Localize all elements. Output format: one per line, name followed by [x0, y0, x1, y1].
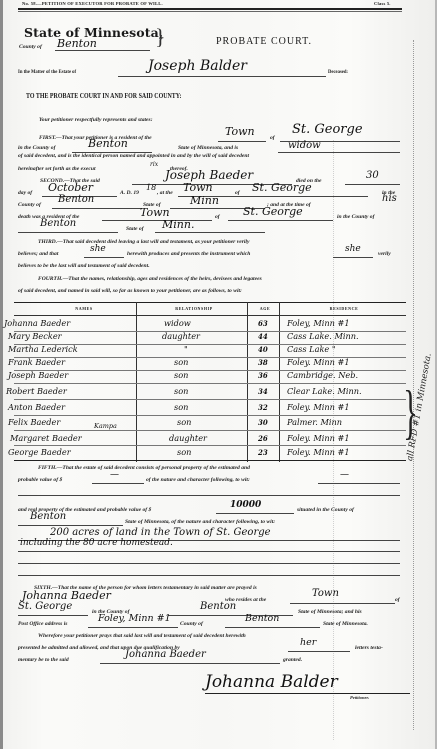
petitioner-label: Petitioner. [350, 695, 369, 700]
second-pronoun: his [382, 193, 397, 204]
county-label: County of [19, 44, 42, 50]
decedent-name: Joseph Balder [148, 58, 247, 74]
heir-name: Martha Lederick [8, 344, 78, 354]
heir-age: 26 [258, 434, 268, 443]
second-res-county: Benton [40, 218, 76, 229]
second-town-name: St. George [252, 181, 312, 194]
heir-relationship: son [174, 402, 188, 412]
third-pronoun-1: she [90, 244, 106, 254]
heir-residence: Cambridge. Neb. [287, 370, 358, 380]
header-rule [18, 8, 402, 10]
heir-name: George Baeder [8, 447, 71, 457]
col-divider-2 [247, 302, 248, 462]
brace: } [155, 24, 166, 50]
heir-name: Margaret Baeder [10, 433, 82, 443]
county-value: Benton [57, 37, 97, 50]
heir-relationship: widow [164, 318, 191, 328]
first-status: widow [288, 140, 321, 151]
fifth-real-value: 10000 [230, 500, 261, 510]
second-name: Joseph Baeder [165, 168, 253, 182]
table-bottom-rule [14, 460, 406, 461]
second-day-line [345, 184, 400, 185]
matter-label: In the Matter of the Estate of [18, 69, 76, 75]
col-age: AGE [252, 306, 278, 311]
second-month: October [48, 181, 93, 194]
second-res-town: St. George [243, 205, 303, 218]
first-text-5: hereinafter set forth as the execut [18, 166, 96, 172]
heir-residence: Palmer. Minn [287, 417, 342, 427]
third-pronoun-1-line [84, 257, 124, 258]
sixth-of: of [395, 597, 400, 603]
sixth-town: St. George [18, 601, 72, 612]
second-day: 30 [366, 170, 379, 181]
heir-name: Felix Baeder [8, 417, 60, 427]
third-verily: verily [378, 251, 391, 257]
sixth-county: Benton [200, 601, 236, 612]
sixth-town-line [18, 615, 88, 616]
heir-age: 30 [258, 418, 268, 427]
fifth-blank-line-3 [18, 575, 400, 576]
second-res-town-line [228, 220, 333, 221]
fifth-text-3: of the nature and character following, t… [146, 477, 250, 483]
prayer-pronoun: her [300, 637, 316, 648]
sixth-res-type: Town [312, 588, 339, 599]
heir-age: 36 [258, 371, 268, 380]
col-relationship: RELATIONSHIP [154, 306, 234, 311]
fifth-personal-desc-line [318, 483, 400, 484]
heir-relationship: son [174, 386, 188, 396]
heir-age: 23 [258, 448, 268, 457]
first-county: Benton [88, 137, 128, 150]
sixth-po-county: Benton [245, 613, 279, 624]
heir-residence: Clear Lake. Minn. [287, 386, 362, 396]
prayer-text-4: mentary be to the said [18, 657, 69, 663]
first-executrix-suffix: rix [150, 161, 158, 168]
heir-name: Anton Baeder [8, 402, 65, 412]
form-class: Class 5. [374, 1, 391, 6]
fifth-county-line [18, 525, 123, 526]
heir-residence: Foley, Minn #1 [287, 318, 350, 328]
court-title: PROBATE COURT. [216, 36, 312, 47]
second-res-state: Minn. [162, 218, 194, 231]
row-line [14, 399, 406, 400]
row-line [14, 445, 406, 446]
form-number: No. 58.—PETITION OF EXECUTOR FOR PROBATE… [22, 1, 163, 6]
col-divider-3 [279, 302, 280, 462]
interlinear-note: Kampa [94, 422, 117, 430]
sixth-po-county-line [225, 627, 320, 628]
third-text-3: herewith produces and presents the instr… [127, 251, 250, 257]
heir-name: Robert Baeder [6, 386, 67, 396]
third-text-1: THIRD.—That said decedent died leaving a… [38, 239, 249, 245]
intro-text: Your petitioner respectfully represents … [39, 117, 153, 123]
fourth-text-1: FOURTH.—That the names, relationship, ag… [38, 276, 262, 282]
fifth-real-desc-2-line [18, 551, 400, 552]
heir-residence: Foley. Minn #1 [287, 447, 350, 457]
fourth-text-2: of said decedent, and named in said will… [18, 288, 242, 294]
signature-line [205, 693, 410, 694]
address-line: TO THE PROBATE COURT IN AND FOR SAID COU… [26, 92, 182, 100]
second-county: Benton [58, 194, 94, 205]
fifth-text-6: State of Minnesota, of the nature and ch… [125, 519, 275, 525]
fifth-text-1: FIFTH.—That the estate of said decedent … [38, 465, 250, 471]
sixth-text-5: Post Office address is [18, 621, 67, 627]
second-year: 18 [146, 183, 156, 192]
scan-edge-left [0, 0, 3, 749]
heir-age: 44 [258, 332, 268, 341]
heir-relationship: son [174, 370, 188, 380]
row-line [14, 415, 406, 416]
fifth-text-2: probable value of $ [18, 477, 62, 483]
heir-name: Frank Baeder [8, 357, 65, 367]
fifth-blank-line-2 [18, 563, 400, 564]
first-town-type: Town [225, 125, 255, 138]
third-text-2: believes; and that [18, 251, 58, 257]
heir-residence: Cass Lake. Minn. [287, 331, 359, 341]
heir-name: Johanna Baeder [4, 318, 70, 328]
row-line [14, 430, 406, 431]
fifth-real-desc-2: including the 80 acre homestead. [20, 538, 173, 548]
fifth-personal-desc: — [340, 470, 349, 480]
fifth-real-desc-1: 200 acres of land in the Town of St. Geo… [50, 527, 271, 538]
fifth-personal-value: — [110, 470, 119, 480]
second-town-type: Town [183, 181, 213, 194]
first-county-label: in the County of [18, 145, 55, 151]
sixth-po-address-line [88, 627, 178, 628]
second-county-of: County of [18, 202, 41, 208]
fifth-county: Benton [30, 511, 66, 522]
fifth-real-value-line [216, 513, 294, 514]
heir-relationship: son [177, 447, 191, 457]
third-pronoun-2: she [345, 244, 361, 254]
second-of-2: of [215, 214, 220, 220]
prayer-pronoun-line [288, 651, 350, 652]
fifth-personal-value-line [92, 483, 144, 484]
heir-residence: Foley. Minn #1 [287, 402, 350, 412]
second-state-of-2: State of [126, 226, 144, 232]
heir-name: Joseph Baeder [8, 370, 68, 380]
second-res-state-line [155, 232, 265, 233]
row-line [14, 383, 406, 384]
heir-residence: Cass Lake " [287, 344, 336, 354]
second-state: Minn [190, 194, 219, 207]
fifth-text-5: situated in the County of [297, 507, 354, 513]
decedent-line [118, 76, 326, 77]
prayer-name-line [100, 663, 280, 664]
second-in-county-of: in the County of [337, 214, 374, 220]
heir-relationship: son [177, 417, 191, 427]
header-rule-thin [18, 11, 402, 12]
third-pronoun-2-line [333, 257, 373, 258]
heir-relationship: " [184, 344, 188, 354]
third-text-5: believes to be the last will and testame… [18, 263, 150, 269]
col-divider-1 [136, 302, 137, 462]
first-status-line [278, 152, 400, 153]
prayer-name: Johanna Baeder [125, 649, 206, 660]
prayer-text-1: Wherefore your petitioner prays that sai… [38, 633, 246, 639]
first-of: of [270, 135, 275, 141]
heir-age: 40 [258, 345, 268, 354]
first-town-type-line [218, 141, 266, 142]
heir-age: 34 [258, 387, 268, 396]
sixth-text-7: State of Minnesota. [323, 621, 368, 627]
second-day-of: day of [18, 190, 32, 196]
heir-age: 63 [258, 319, 268, 328]
col-residence: RESIDENCE [299, 306, 389, 311]
second-res-type-line [102, 220, 212, 221]
heir-residence: Foley. Minn #1 [287, 433, 350, 443]
first-town-name: St. George [292, 122, 363, 137]
col-names: NAMES [54, 306, 114, 311]
heir-relationship: daughter [169, 433, 207, 443]
second-county-line [52, 208, 142, 209]
first-text-4: of said decedent, and is the identical p… [18, 153, 249, 159]
heir-age: 32 [258, 403, 268, 412]
deceased-label: Deceased: [328, 69, 348, 75]
petitioner-signature: Johanna Balder [205, 672, 338, 692]
sixth-text-4: State of Minnesota; and his [298, 609, 362, 615]
sixth-res-type-line [290, 603, 395, 604]
probate-petition-page: No. 58.—PETITION OF EXECUTOR FOR PROBATE… [0, 0, 437, 749]
fifth-blank-line [18, 495, 400, 496]
second-res-county-line [18, 232, 118, 233]
heir-age: 38 [258, 358, 268, 367]
prayer-text-5: granted. [283, 657, 302, 663]
sixth-text-6: County of [180, 621, 203, 627]
heir-relationship: son [174, 357, 188, 367]
first-state: State of Minnesota, and is [178, 145, 238, 151]
prayer-text-3: letters testa- [355, 645, 383, 651]
sixth-po-address: Foley, Minn #1 [98, 613, 171, 624]
heir-name: Mary Becker [8, 331, 62, 341]
second-at-the: , at the [157, 190, 173, 196]
second-ad: A. D. 19 [120, 190, 139, 196]
county-line [55, 50, 150, 51]
heir-residence: Foley. Minn #1 [287, 357, 350, 367]
heir-relationship: daughter [162, 331, 200, 341]
